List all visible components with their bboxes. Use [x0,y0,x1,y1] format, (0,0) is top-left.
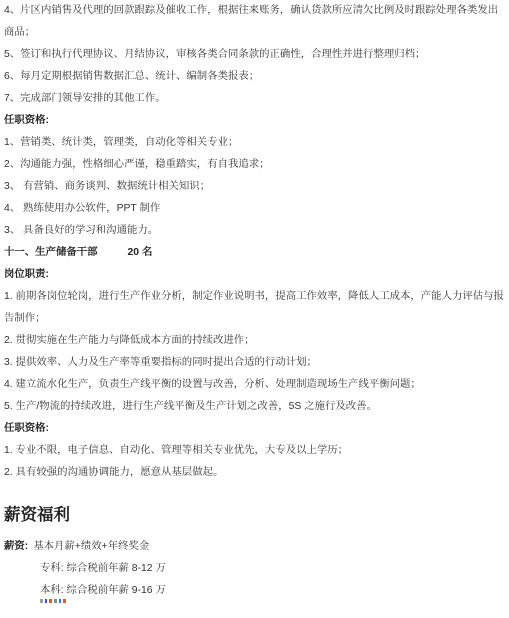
qualification-item: 3、 有营销、商务谈判、数据统计相关知识； [4,176,505,198]
qualification-item: 1. 专业不限，电子信息、自动化、管理等相关专业优先，大专及以上学历； [4,440,505,462]
production-headcount: 20 名 [128,247,153,258]
salary-section-heading: 薪资福利 [4,502,505,528]
artifact-segment [54,599,57,603]
salary-label: 薪资: [4,541,28,552]
salary-value: 基本月薪+绩效+年终奖金 [33,541,149,552]
duty-item: 6、每月定期根据销售数据汇总、统计、编制各类报表； [4,66,505,88]
qualification-item: 2. 具有较强的沟通协调能力，愿意从基层做起。 [4,462,505,484]
duty-item: 4、片区内销售及代理的回款跟踪及催收工作，根据往来账务，确认货款所应清欠比例及时… [4,0,505,44]
duties-heading: 岗位职责: [4,264,505,286]
qualification-item: 4、 熟练使用办公软件，PPT 制作 [4,198,505,220]
duty-item: 4. 建立流水化生产，负责生产线平衡的设置与改善，分析、处理制造现场生产线平衡问… [4,374,505,396]
production-title-text: 十一、生产储备干部 [4,247,98,258]
qualification-item: 3、 具备良好的学习和沟通能力。 [4,220,505,242]
artifact-segment [40,599,43,603]
duty-item: 2. 贯彻实施在生产能力与降低成本方面的持续改进作； [4,330,505,352]
artifact-segment [49,599,52,603]
qualifications-heading: 任职资格: [4,110,505,132]
salary-detail-item: 专科: 综合税前年薪 8-12 万 [4,558,505,580]
duty-item: 7、完成部门领导安排的其他工作。 [4,88,505,110]
artifact-segment [63,599,66,603]
production-section-title: 十一、生产储备干部20 名 [4,242,505,264]
document-page: 4、片区内销售及代理的回款跟踪及催收工作，根据往来账务，确认货款所应清欠比例及时… [0,0,509,618]
salary-detail-item: 本科: 综合税前年薪 9-16 万 [4,580,505,602]
duty-item: 3. 提供效率、人力及生产率等重要指标的同时提出合适的行动计划； [4,352,505,374]
duty-item: 5、签订和执行代理协议、月结协议，审核各类合同条款的正确性，合理性并进行整理归档… [4,44,505,66]
qualification-item: 1、营销类、统计类，管理类，自动化等相关专业； [4,132,505,154]
duty-item: 1. 前期各岗位轮岗，进行生产作业分析，制定作业说明书，提高工作效率，降低人工成… [4,286,505,330]
salary-summary: 薪资:基本月薪+绩效+年终奖金 [4,536,505,558]
artifact-segment [45,599,47,603]
qualifications-heading: 任职资格: [4,418,505,440]
duty-item: 5. 生产/物流的持续改进，进行生产线平衡及生产计划之改善，5S 之施行及改善。 [4,396,505,418]
footer-artifact [40,599,66,604]
artifact-segment [59,599,61,603]
qualification-item: 2、沟通能力强，性格细心严谨，稳重踏实，有自我追求； [4,154,505,176]
